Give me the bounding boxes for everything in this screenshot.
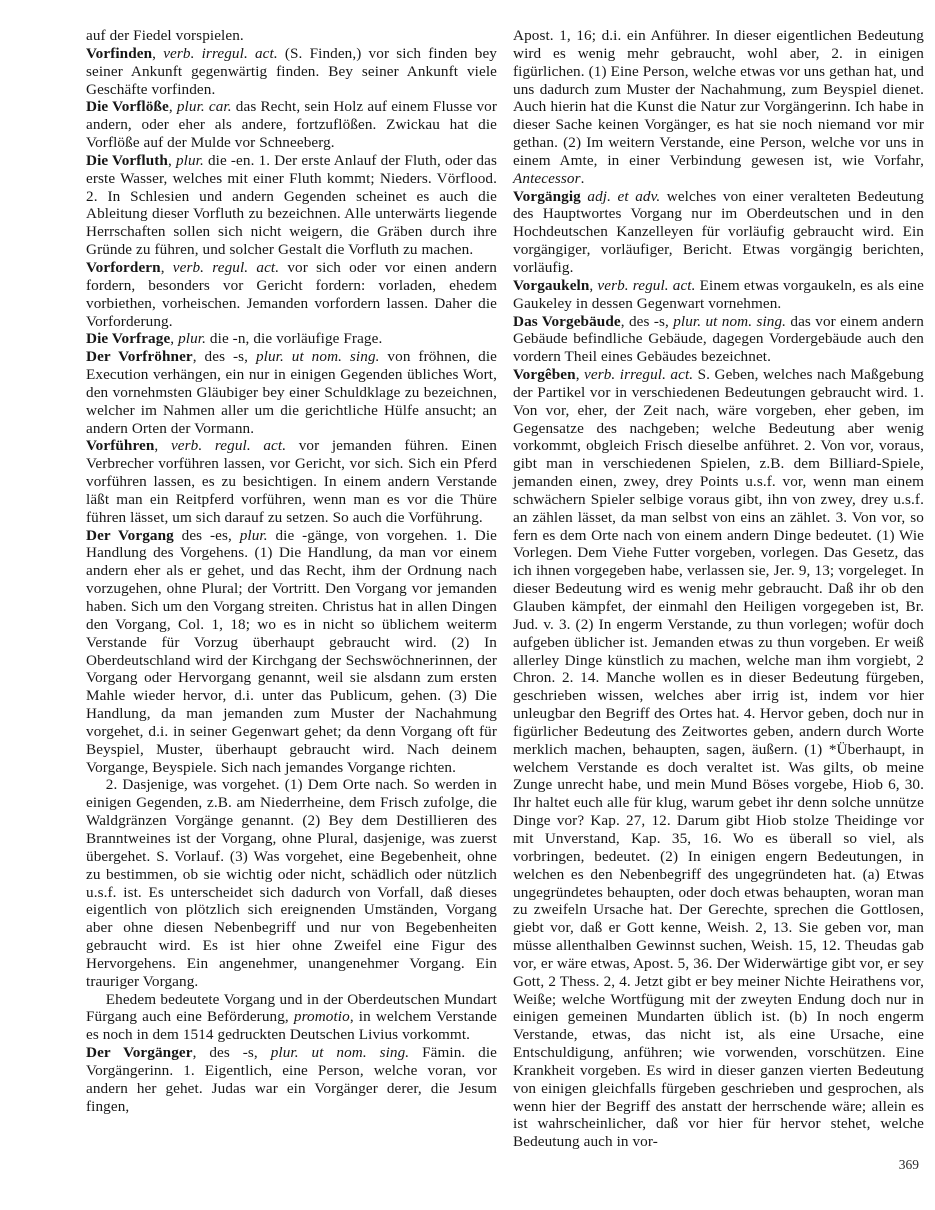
grammar-label: plur. ut nom. sing. <box>271 1044 410 1061</box>
dictionary-entry: Das Vorgebäude, des -s, plur. ut nom. si… <box>513 313 924 367</box>
headword: Der Vorgänger <box>86 1044 193 1061</box>
headword: Der Vorgang <box>86 527 174 544</box>
left-column: auf der Fiedel vorspielen.Vorfinden, ver… <box>86 27 497 1151</box>
dictionary-page: auf der Fiedel vorspielen.Vorfinden, ver… <box>0 0 935 1210</box>
right-column: Apost. 1, 16; d.i. ein Anführer. In dies… <box>513 27 924 1151</box>
headword: Die Vorfluth <box>86 152 168 169</box>
entry-text: auf der Fiedel vorspielen. <box>86 27 244 44</box>
dictionary-entry: Die Vorfrage, plur. die -n, die vorläufi… <box>86 330 497 348</box>
text-paragraph: Ehedem bedeutete Vorgang und in der Ober… <box>86 991 497 1045</box>
entry-text: 2. Dasjenige, was vorgehet. (1) Dem Orte… <box>86 776 497 989</box>
entry-text: S. Geben, welches nach Maßgebung der Par… <box>513 366 924 1150</box>
headword: Vorfordern <box>86 259 161 276</box>
headword: Die Vorfrage <box>86 330 170 347</box>
grammar-label: verb. regul. act. <box>173 259 279 276</box>
dictionary-entry: Vorgêben, verb. irregul. act. S. Geben, … <box>513 366 924 1151</box>
headword: Vorgängig <box>513 188 581 205</box>
grammar-label: plur. <box>178 330 206 347</box>
dictionary-entry: Die Vorflöße, plur. car. das Recht, sein… <box>86 98 497 152</box>
headword: Das Vorgebäude <box>513 313 621 330</box>
entry-text: , des -s, <box>193 1044 271 1061</box>
headword: Vorgaukeln <box>513 277 589 294</box>
text-paragraph: 2. Dasjenige, was vorgehet. (1) Dem Orte… <box>86 776 497 990</box>
entry-text: des -es, <box>174 527 240 544</box>
dictionary-entry: Vorgängig adj. et adv. welches von einer… <box>513 188 924 277</box>
grammar-label: verb. regul. act. <box>597 277 695 294</box>
entry-text: . <box>581 170 585 187</box>
text-columns: auf der Fiedel vorspielen.Vorfinden, ver… <box>86 27 925 1151</box>
dictionary-entry: Der Vorgang des -es, plur. die -gänge, v… <box>86 527 497 777</box>
page-number: 369 <box>899 1157 919 1173</box>
dictionary-entry: Vorfordern, verb. regul. act. vor sich o… <box>86 259 497 330</box>
dictionary-entry: Vorführen, verb. regul. act. vor jemande… <box>86 437 497 526</box>
headword: Vorgêben <box>513 366 576 383</box>
entry-text: , <box>152 45 163 62</box>
entry-text: , des -s, <box>621 313 673 330</box>
headword: Vorfinden <box>86 45 152 62</box>
grammar-label: plur. <box>176 152 204 169</box>
grammar-label: promotio <box>294 1008 350 1025</box>
grammar-label: plur. car. <box>177 98 232 115</box>
headword: Die Vorflöße <box>86 98 169 115</box>
text-paragraph: Apost. 1, 16; d.i. ein Anführer. In dies… <box>513 27 924 188</box>
grammar-label: adj. et adv. <box>587 188 660 205</box>
entry-text: die -n, die vorläufige Frage. <box>206 330 382 347</box>
headword: Der Vorfröhner <box>86 348 193 365</box>
entry-text: die -gänge, von vorgehen. 1. Die Handlun… <box>86 527 497 776</box>
dictionary-entry: Der Vorfröhner, des -s, plur. ut nom. si… <box>86 348 497 437</box>
headword: Vorführen <box>86 437 154 454</box>
dictionary-entry: Vorgaukeln, verb. regul. act. Einem etwa… <box>513 277 924 313</box>
entry-text: , <box>154 437 171 454</box>
entry-text: Apost. 1, 16; d.i. ein Anführer. In dies… <box>513 27 924 169</box>
dictionary-entry: Die Vorfluth, plur. die -en. 1. Der erst… <box>86 152 497 259</box>
text-paragraph: auf der Fiedel vorspielen. <box>86 27 497 45</box>
grammar-label: plur. ut nom. sing. <box>256 348 380 365</box>
entry-text: , <box>168 152 176 169</box>
entry-text: , <box>161 259 173 276</box>
entry-text: , <box>576 366 584 383</box>
entry-text: , <box>169 98 177 115</box>
entry-text: , des -s, <box>193 348 256 365</box>
grammar-label: verb. regul. act. <box>171 437 286 454</box>
grammar-label: plur. <box>240 527 268 544</box>
grammar-label: Antecessor <box>513 170 581 187</box>
grammar-label: verb. irregul. act. <box>163 45 278 62</box>
grammar-label: verb. irregul. act. <box>584 366 693 383</box>
entry-text: , <box>170 330 178 347</box>
dictionary-entry: Vorfinden, verb. irregul. act. (S. Finde… <box>86 45 497 99</box>
dictionary-entry: Der Vorgänger, des -s, plur. ut nom. sin… <box>86 1044 497 1115</box>
grammar-label: plur. ut nom. sing. <box>673 313 786 330</box>
